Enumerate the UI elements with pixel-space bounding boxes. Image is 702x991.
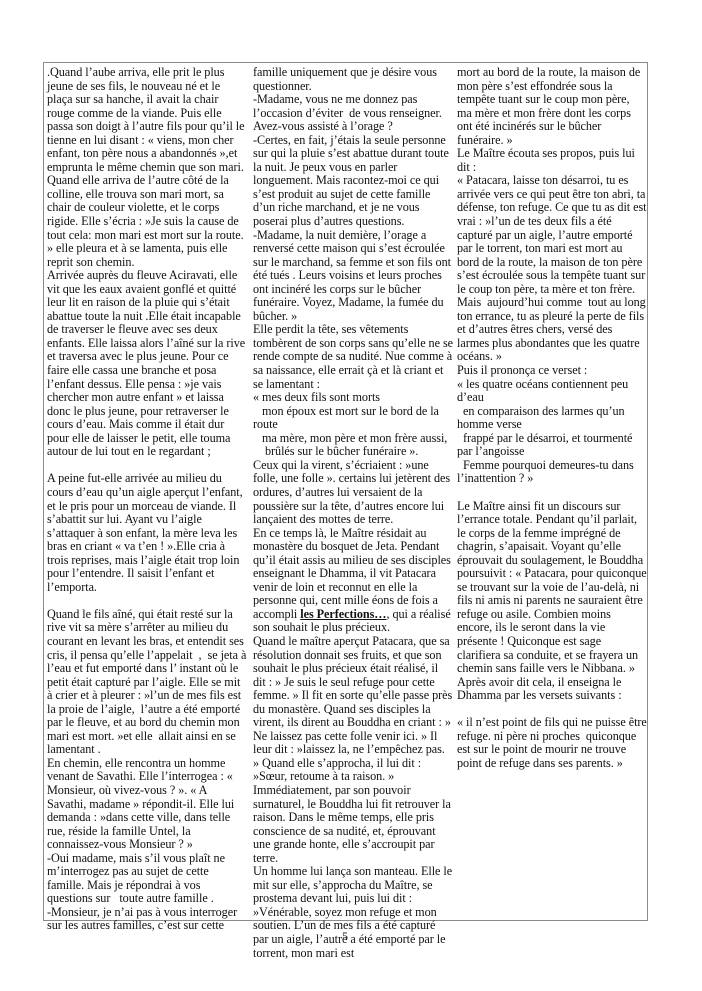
page-frame: .Quand l’aube arriva, elle prit le plus … (43, 62, 648, 921)
verse-line: en comparaison des larmes qu’un homme ve… (457, 405, 647, 432)
verse-line: brûlés sur le bûcher funéraire ». (253, 445, 453, 459)
paragraph-with-link: En ce temps là, le Maître résidait au mo… (253, 527, 453, 635)
verse-line: mon époux est mort sur le bord de la rou… (253, 405, 453, 432)
paragraph-gap (457, 486, 647, 500)
paragraph-gap (47, 594, 247, 608)
paragraph: Ceux qui la virent, s’écriaient : »une f… (253, 459, 453, 527)
verse-line: « mes deux fils sont morts (253, 391, 453, 405)
paragraph: Elle perdit la tête, ses vêtements tombè… (253, 323, 453, 391)
column-3: mort au bord de la route, la maison de m… (457, 66, 647, 770)
paragraph: -Madame, la nuit demière, l’orage a renv… (253, 229, 453, 324)
paragraph: mort au bord de la route, la maison de m… (457, 66, 647, 147)
paragraph: famille uniquement que je désire vous qu… (253, 66, 453, 93)
verse-line: « les quatre océans contiennent peu d’ea… (457, 378, 647, 405)
column-1: .Quand l’aube arriva, elle prit le plus … (47, 66, 247, 933)
verse-line: frappé par le désarroi, et tourmenté par… (457, 432, 647, 459)
paragraph: -Madame, vous ne me donnez pas l’occasio… (253, 93, 453, 134)
paragraph: « Patacara, laisse ton désarroi, tu es a… (457, 174, 647, 296)
verse-line: ma mère, mon père et mon frère aussi, (253, 432, 453, 446)
verse: « il n’est point de fils qui ne puisse ê… (457, 716, 647, 770)
paragraph: Quand le maître aperçut Patacara, que sa… (253, 635, 453, 865)
paragraph: A peine fut-elle arrivée au milieu du co… (47, 472, 247, 594)
paragraph: Arrivée auprès du fleuve Aciravati, elle… (47, 269, 247, 459)
paragraph: .Quand l’aube arriva, elle prit le plus … (47, 66, 247, 269)
paragraph: -Oui madame, mais s’il vous plaît ne m’i… (47, 852, 247, 906)
paragraph: Quand le fils aîné, qui était resté sur … (47, 608, 247, 757)
verse-line: Femme pourquoi demeures-tu dans l’inatte… (457, 459, 647, 486)
page-number: 5 (0, 929, 690, 944)
perfections-link[interactable]: les Perfections… (300, 607, 386, 621)
paragraph-gap (457, 703, 647, 717)
paragraph: En chemin, elle rencontra un homme venan… (47, 757, 247, 852)
column-2: famille uniquement que je désire vous qu… (253, 66, 453, 960)
paragraph: Le Maître ainsi fit un discours sur l’er… (457, 500, 647, 703)
paragraph: Le Maître écouta ses propos, puis lui di… (457, 147, 647, 174)
paragraph: -Certes, en fait, j’étais la seule perso… (253, 134, 453, 229)
paragraph: Puis il prononça ce verset : (457, 364, 647, 378)
paragraph-gap (47, 459, 247, 473)
paragraph: Mais aujourd’hui comme tout au long ton … (457, 296, 647, 364)
paragraph: Un homme lui lança son manteau. Elle le … (253, 865, 453, 960)
